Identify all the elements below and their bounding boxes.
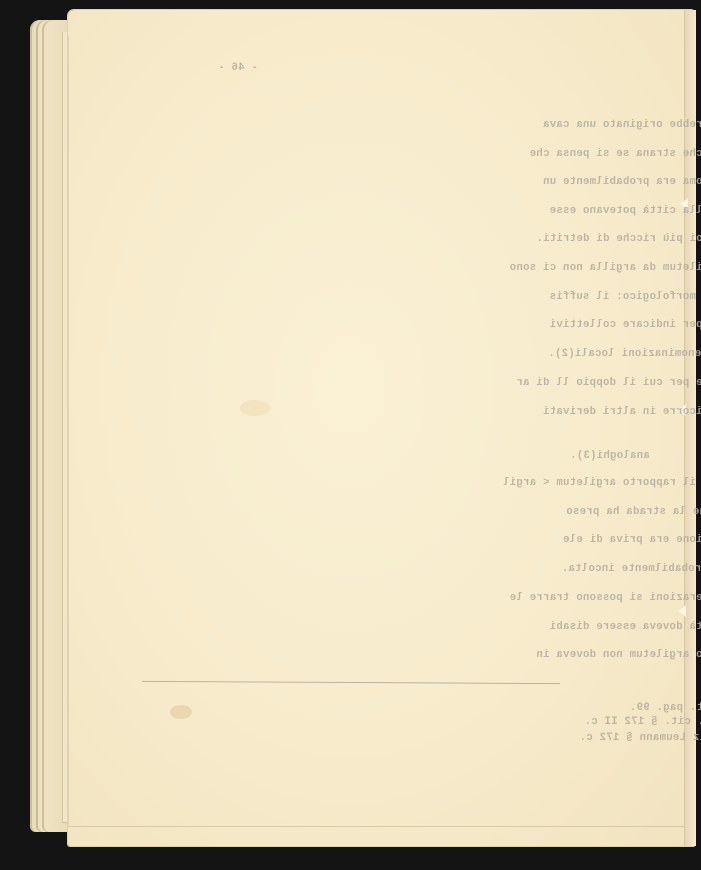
body-text-line: stesse conclusioni: che questa località …	[549, 621, 701, 633]
body-text-line: Da entrambe queste considerazioni si pos…	[510, 592, 701, 604]
page-tab-notch	[678, 605, 686, 617]
body-text-line: tti elementi toponomastici e probabilmen…	[562, 563, 701, 575]
body-text-line: la. Se ne deducono due considerazioni: a…	[566, 506, 701, 518]
body-text-line: re inondate e rimanere poi più ricche di…	[536, 233, 701, 245]
body-text-line: in un periodo antichissimo in cui Roma e…	[543, 176, 701, 188]
body-text-line: analoghi(3).	[570, 450, 650, 462]
body-text-line: la località denominata Argilleto avrebbe…	[543, 119, 701, 131]
paper-stain	[170, 705, 192, 719]
footnote-line: (2) = Stolz Leumann op. cit. § 172 II c.	[584, 716, 701, 728]
body-text-line: so -etum è un suffisso molto diffuso per…	[549, 319, 701, 331]
body-text-line: Si può quindi accettare il rapporto argi…	[503, 477, 701, 489]
footnote-line: (3) = Mamma > mamilla, ofella ofella ecc…	[579, 732, 701, 744]
body-text-line: e denominazioni locali(2).	[548, 348, 701, 360]
body-text-line: il nome da una regione; b) che questa re…	[563, 534, 701, 546]
body-text-line: Per la derivazione di argiletum da argil…	[510, 262, 701, 274]
body-text-line: Il fenomeno di abbreviazione per cui il …	[516, 377, 701, 389]
body-text-line: letto fluviale, le parti più basse della…	[549, 205, 701, 217]
scan-scene: - 46 - la località denominata Argilleto …	[0, 0, 701, 870]
page-number: - 46 -	[218, 62, 258, 74]
paper-stain	[240, 400, 270, 416]
body-text-line: di argilla(1), cosa tutt'altro che stran…	[529, 148, 701, 160]
body-text-line: gilla è ridotto in argiletum ad 1 ricorr…	[543, 406, 701, 418]
body-text-line: tata e quasi e che la strada dello argil…	[536, 649, 701, 661]
body-text-line: difficoltà nemmeno dal punto di vista mo…	[549, 291, 701, 303]
footnote-line: (1) = Brocchi - op. cit. pag. 99.	[630, 702, 701, 714]
